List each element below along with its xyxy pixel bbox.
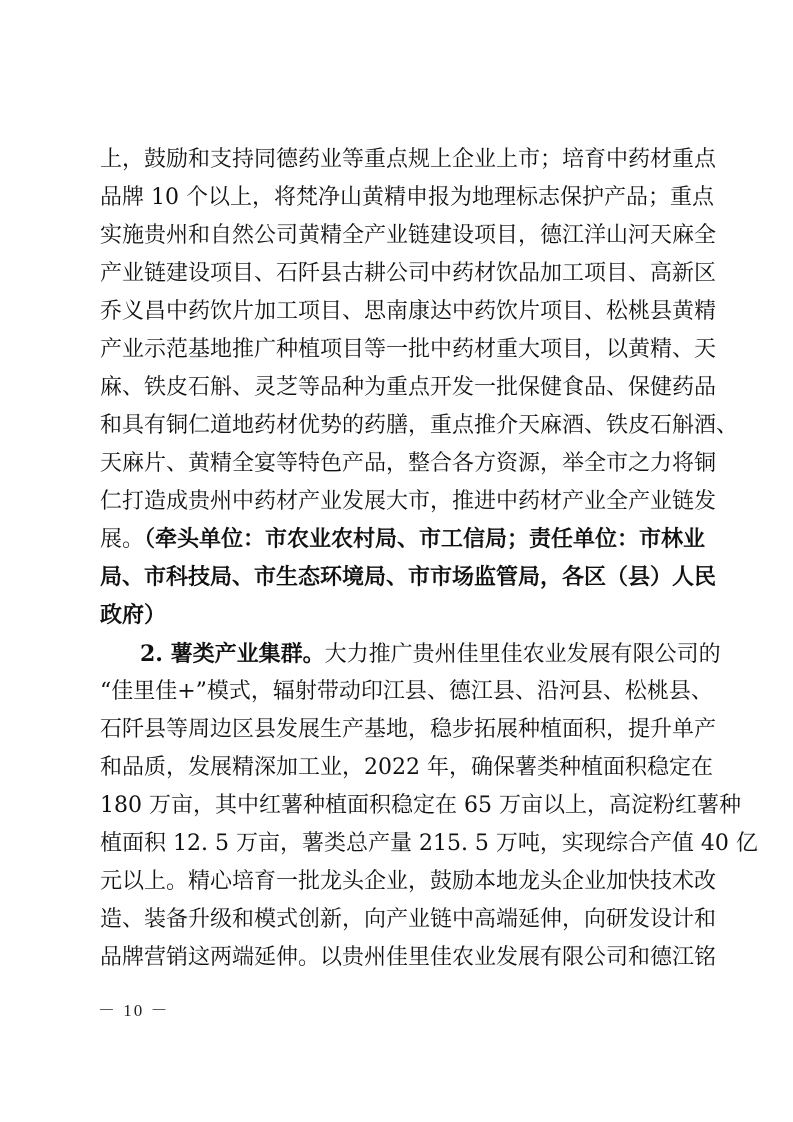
paragraph-line-with-responsibility: 展。（牵头单位：市农业农村局、市工信局；责任单位：市林业 <box>100 521 694 559</box>
paragraph-line: 产业链建设项目、石阡县古耕公司中药材饮品加工项目、高新区 <box>100 255 694 293</box>
paragraph-line: 实施贵州和自然公司黄精全产业链建设项目，德江洋山河天麻全 <box>100 217 694 255</box>
paragraph-line: 180 万亩，其中红薯种植面积稳定在 65 万亩以上，高淀粉红薯种 <box>100 787 694 825</box>
paragraph-line: 石阡县等周边区县发展生产基地，稳步拓展种植面积，提升单产 <box>100 711 694 749</box>
paragraph-line: 植面积 12. 5 万亩，薯类总产量 215. 5 万吨，实现综合产值 40 亿 <box>100 825 694 863</box>
responsibility-note: （牵头单位：市农业农村局、市工信局；责任单位：市林业 <box>144 527 705 552</box>
paragraph-line: 麻、铁皮石斛、灵芝等品种为重点开发一批保健食品、保健药品 <box>100 369 694 407</box>
paragraph-text: 大力推广贵州佳里佳农业发展有限公司的 <box>325 642 721 667</box>
body-text: 上，鼓励和支持同德药业等重点规上企业上市；培育中药材重点 品牌 10 个以上，将… <box>100 141 694 977</box>
paragraph-line: 和品质，发展精深加工业，2022 年，确保薯类种植面积稳定在 <box>100 749 694 787</box>
paragraph-line: 元以上。精心培育一批龙头企业，鼓励本地龙头企业加快技术改 <box>100 863 694 901</box>
section-heading: 2. 薯类产业集群。 <box>140 641 325 667</box>
page-number: － 10 － <box>98 996 170 1021</box>
document-page: 上，鼓励和支持同德药业等重点规上企业上市；培育中药材重点 品牌 10 个以上，将… <box>0 0 793 1122</box>
responsibility-note-line: 政府） <box>100 597 694 635</box>
paragraph-line: 天麻片、黄精全宴等特色产品，整合各方资源，举全市之力将铜 <box>100 445 694 483</box>
responsibility-note-line: 局、市科技局、市生态环境局、市市场监管局，各区（县）人民 <box>100 559 694 597</box>
paragraph-line: 品牌 10 个以上，将梵净山黄精申报为地理标志保护产品；重点 <box>100 179 694 217</box>
paragraph-line: 造、装备升级和模式创新，向产业链中高端延伸，向研发设计和 <box>100 901 694 939</box>
paragraph-line: 品牌营销这两端延伸。以贵州佳里佳农业发展有限公司和德江铭 <box>100 939 694 977</box>
paragraph-line: “佳里佳+”模式，辐射带动印江县、德江县、沿河县、松桃县、 <box>100 673 694 711</box>
section-heading-line: 2. 薯类产业集群。大力推广贵州佳里佳农业发展有限公司的 <box>100 635 694 673</box>
paragraph-line: 乔义昌中药饮片加工项目、思南康达中药饮片项目、松桃县黄精 <box>100 293 694 331</box>
paragraph-text-end: 展。 <box>100 527 144 552</box>
paragraph-line: 产业示范基地推广种植项目等一批中药材重大项目，以黄精、天 <box>100 331 694 369</box>
paragraph-line: 上，鼓励和支持同德药业等重点规上企业上市；培育中药材重点 <box>100 141 694 179</box>
paragraph-line: 仁打造成贵州中药材产业发展大市，推进中药材产业全产业链发 <box>100 483 694 521</box>
paragraph-line: 和具有铜仁道地药材优势的药膳，重点推介天麻酒、铁皮石斛酒、 <box>100 407 694 445</box>
